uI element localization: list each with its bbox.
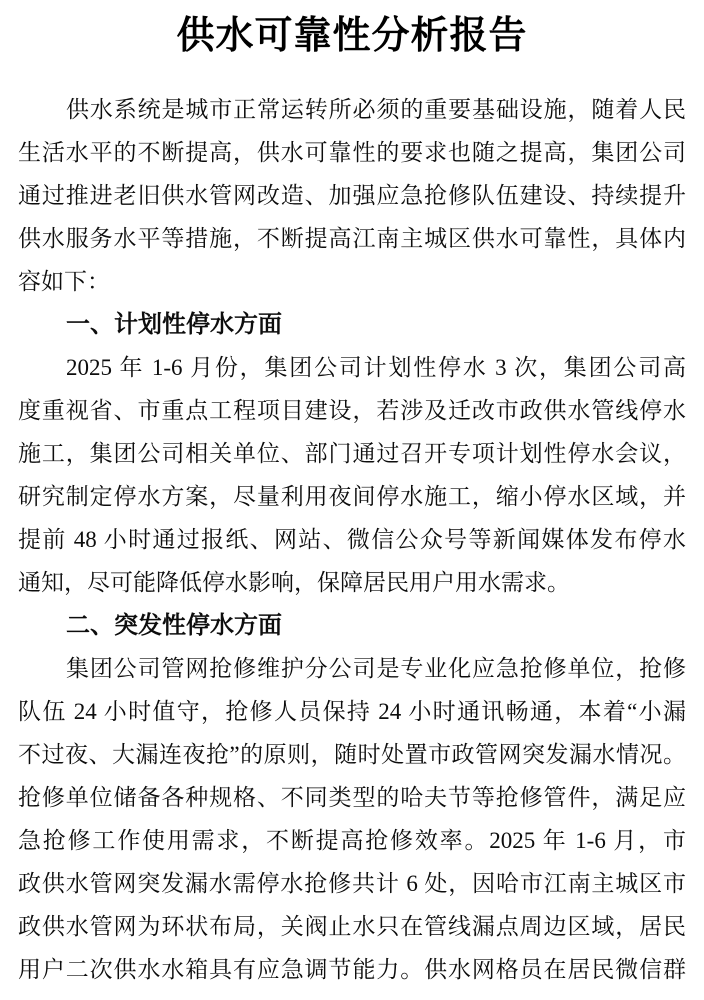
paragraph-line: 2025 年 1-6 月份，集团公司计划性停水 3 次，集团公司高 bbox=[18, 346, 686, 389]
paragraph-line: 通过推进老旧供水管网改造、加强应急抢修队伍建设、持续提升 bbox=[18, 174, 686, 217]
paragraph-line: 政供水管网突发漏水需停水抢修共计 6 处，因哈市江南主城区市 bbox=[18, 862, 686, 905]
paragraph-line: 队伍 24 小时值守，抢修人员保持 24 小时通讯畅通，本着“小漏 bbox=[18, 690, 686, 733]
paragraph-line: 度重视省、市重点工程项目建设，若涉及迁改市政供水管线停水 bbox=[18, 389, 686, 432]
document-title: 供水可靠性分析报告 bbox=[18, 10, 686, 62]
paragraph-line: 供水服务水平等措施，不断提高江南主城区供水可靠性，具体内 bbox=[18, 217, 686, 260]
paragraph-line: 研究制定停水方案，尽量利用夜间停水施工，缩小停水区域，并 bbox=[18, 475, 686, 518]
paragraph-line: 施工，集团公司相关单位、部门通过召开专项计划性停水会议， bbox=[18, 432, 686, 475]
paragraph-line: 容如下： bbox=[18, 260, 686, 303]
paragraph-line: 集团公司管网抢修维护分公司是专业化应急抢修单位，抢修 bbox=[18, 647, 686, 690]
document-page: 供水可靠性分析报告 供水系统是城市正常运转所必须的重要基础设施，随着人民生活水平… bbox=[0, 0, 704, 1000]
paragraph-line: 政供水管网为环状布局，关阀止水只在管线漏点周边区域，居民 bbox=[18, 905, 686, 948]
document-body: 供水系统是城市正常运转所必须的重要基础设施，随着人民生活水平的不断提高，供水可靠… bbox=[18, 88, 686, 991]
paragraph-line: 急抢修工作使用需求，不断提高抢修效率。2025 年 1-6 月，市 bbox=[18, 819, 686, 862]
section-heading: 二、突发性停水方面 bbox=[18, 604, 686, 647]
paragraph-line: 用户二次供水水箱具有应急调节能力。供水网格员在居民微信群 bbox=[18, 948, 686, 991]
paragraph-line: 提前 48 小时通过报纸、网站、微信公众号等新闻媒体发布停水 bbox=[18, 518, 686, 561]
paragraph-line: 生活水平的不断提高，供水可靠性的要求也随之提高，集团公司 bbox=[18, 131, 686, 174]
section-heading: 一、计划性停水方面 bbox=[18, 303, 686, 346]
paragraph-line: 不过夜、大漏连夜抢”的原则，随时处置市政管网突发漏水情况。 bbox=[18, 733, 686, 776]
paragraph-line: 通知，尽可能降低停水影响，保障居民用户用水需求。 bbox=[18, 561, 686, 604]
paragraph-line: 抢修单位储备各种规格、不同类型的哈夫节等抢修管件，满足应 bbox=[18, 776, 686, 819]
paragraph-line: 供水系统是城市正常运转所必须的重要基础设施，随着人民 bbox=[18, 88, 686, 131]
